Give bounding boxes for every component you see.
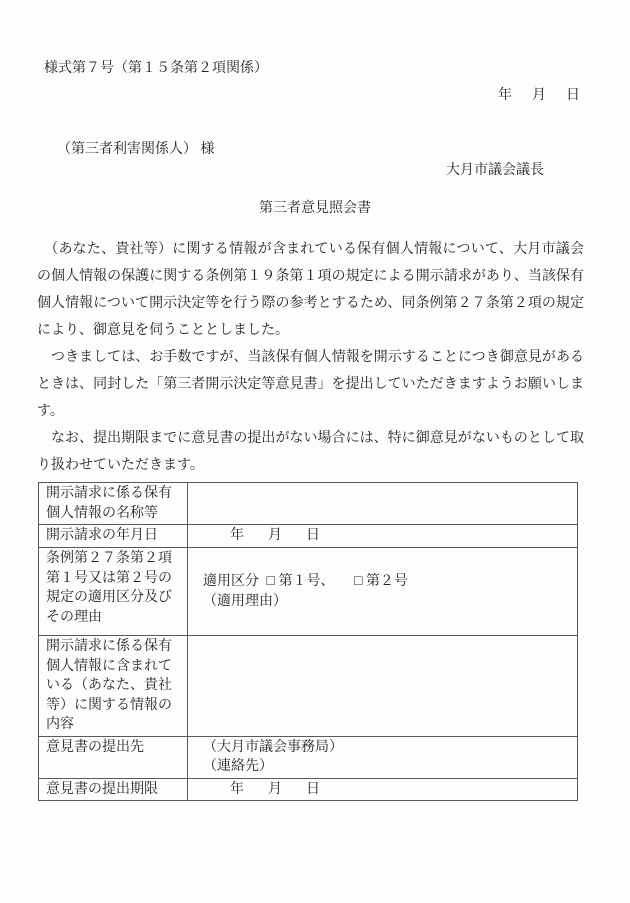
- row-label-submission-deadline: 意見書の提出期限: [39, 778, 188, 801]
- checkbox-clause-1[interactable]: □: [267, 574, 275, 589]
- submission-place-contact: （連絡先）: [203, 757, 573, 777]
- row-label-applicable-clause: 条例第２７条第２項第１号又は第２号の規定の適用区分及びその理由: [39, 548, 188, 636]
- table-row-request-date: 開示請求の年月日 年 月 日: [39, 525, 578, 548]
- clause-prefix-label: 適用区分: [203, 574, 259, 589]
- table-row-submission-deadline: 意見書の提出期限 年 月 日: [39, 778, 578, 801]
- paragraph-deadline-note: なお、提出期限までに意見書の提出がない場合には、特に御意見がないものとして取り扱…: [37, 425, 584, 479]
- row-value-request-date: 年 月 日: [188, 525, 578, 548]
- row-value-applicable-clause: 適用区分 □ 第１号、 □ 第２号 （適用理由）: [188, 548, 578, 636]
- paragraph-request: つきましては、お手数ですが、当該保有個人情報を開示することにつき御意見があるとき…: [37, 344, 584, 425]
- body-text: （あなた、貴社等）に関する情報が含まれている保有個人情報について、大月市議会の個…: [37, 236, 584, 479]
- document-page: 様式第７号（第１５条第２項関係） 年 月 日 （第三者利害関係人） 様 大月市議…: [0, 0, 630, 903]
- row-label-submission-place: 意見書の提出先: [39, 736, 188, 778]
- row-value-held-info-name: [188, 483, 578, 525]
- row-value-submission-deadline: 年 月 日: [188, 778, 578, 801]
- recipient-line: （第三者利害関係人） 様: [57, 138, 215, 158]
- table-row-submission-place: 意見書の提出先 （大月市議会事務局） （連絡先）: [39, 736, 578, 778]
- row-label-held-info-name: 開示請求に係る保有個人情報の名称等: [39, 483, 188, 525]
- row-label-request-date: 開示請求の年月日: [39, 525, 188, 548]
- clause-option-2-label: 第２号: [366, 574, 408, 589]
- clause-reason-note: （適用理由）: [203, 592, 573, 612]
- row-label-info-content: 開示請求に係る保有個人情報に含まれている（あなた、貴社等）に関する情報の内容: [39, 636, 188, 737]
- clause-option-1-label: 第１号、: [278, 574, 334, 589]
- table-row-info-content: 開示請求に係る保有個人情報に含まれている（あなた、貴社等）に関する情報の内容: [39, 636, 578, 737]
- row-value-info-content: [188, 636, 578, 737]
- paragraph-intro: （あなた、貴社等）に関する情報が含まれている保有個人情報について、大月市議会の個…: [37, 236, 584, 344]
- document-title: 第三者意見照会書: [0, 197, 630, 217]
- submission-place-office: （大月市議会事務局）: [203, 738, 573, 758]
- form-table: 開示請求に係る保有個人情報の名称等 開示請求の年月日 年 月 日 条例第２７条第…: [38, 482, 578, 801]
- form-number: 様式第７号（第１５条第２項関係）: [44, 57, 268, 77]
- date-line: 年 月 日: [498, 84, 583, 104]
- table-row-held-info-name: 開示請求に係る保有個人情報の名称等: [39, 483, 578, 525]
- row-value-submission-place: （大月市議会事務局） （連絡先）: [188, 736, 578, 778]
- checkbox-clause-2[interactable]: □: [354, 574, 362, 589]
- applicable-clause-line: 適用区分 □ 第１号、 □ 第２号: [203, 572, 573, 592]
- table-row-applicable-clause: 条例第２７条第２項第１号又は第２号の規定の適用区分及びその理由 適用区分 □ 第…: [39, 548, 578, 636]
- sender-line: 大月市議会議長: [446, 159, 544, 179]
